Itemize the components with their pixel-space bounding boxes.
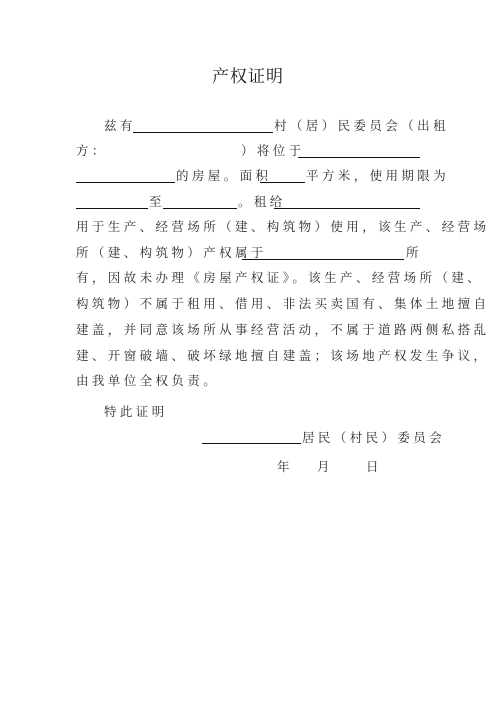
blank-committee-name[interactable] [133,132,273,133]
body-line-1: 兹有 村（居）民委员会（出租 [76,117,420,135]
body-line-10: 建、开窗破墙、破坏绿地擅自建盖；该场地产权发生争议， [76,347,420,365]
body-line-9: 建盖，并同意该场所从事经营活动，不属于道路两侧私搭乱 [76,321,420,339]
date-day: 日 [366,457,382,475]
text: 构筑物）不属于租用、借用、非法买卖国有、集体土地擅自 [76,295,489,313]
closing-text: 特此证明 [104,402,168,420]
document-title: 产权证明 [0,62,496,87]
text: 村（居）民委员会（出租 [274,117,449,135]
blank-area[interactable] [260,182,305,183]
text: 方： [76,142,108,160]
text: 建、开窗破墙、破坏绿地擅自建盖；该场地产权发生争议， [76,347,489,365]
text: 建盖，并同意该场所从事经营活动，不属于道路两侧私搭乱 [76,321,489,339]
text: 由我单位全权负责。 [76,372,219,390]
body-line-8: 构筑物）不属于租用、借用、非法买卖国有、集体土地擅自 [76,295,420,313]
text: 的房屋。面积 [176,167,271,185]
text: 有，因故未办理《房屋产权证》。该生产、经营场所（建、 [76,269,483,287]
text: 兹有 [104,117,136,135]
body-line-7: 有，因故未办理《房屋产权证》。该生产、经营场所（建、 [76,269,420,287]
text: 所（建、构筑物）产权属于 [76,244,267,262]
body-line-4: 至 。租给 [76,193,420,211]
text: 用于生产、经营场所（建、构筑物）使用，该生产、经营场 [76,218,489,236]
committee-label: 居民（村民）委员会 [302,428,445,446]
text: 所 [406,244,422,262]
blank-committee-signature[interactable] [202,443,301,444]
body-line-11: 由我单位全权负责。 [76,372,420,390]
blank-location[interactable] [298,157,420,158]
text: 平方米，使用期限为 [306,167,449,185]
blank-lessee[interactable] [274,208,420,209]
date-year: 年 [277,457,293,475]
blank-end-date[interactable] [163,208,237,209]
blank-location-cont[interactable] [76,182,175,183]
date-month: 月 [317,457,333,475]
blank-owner[interactable] [242,259,404,260]
text: ）将位于 [241,142,305,160]
body-line-3: 的房屋。面积 平方米，使用期限为 [76,167,420,185]
body-line-6: 所（建、构筑物）产权属于 所 [76,244,420,262]
blank-start-date[interactable] [76,208,148,209]
body-line-2: 方： ）将位于 [76,142,420,160]
body-line-5: 用于生产、经营场所（建、构筑物）使用，该生产、经营场 [76,218,420,236]
